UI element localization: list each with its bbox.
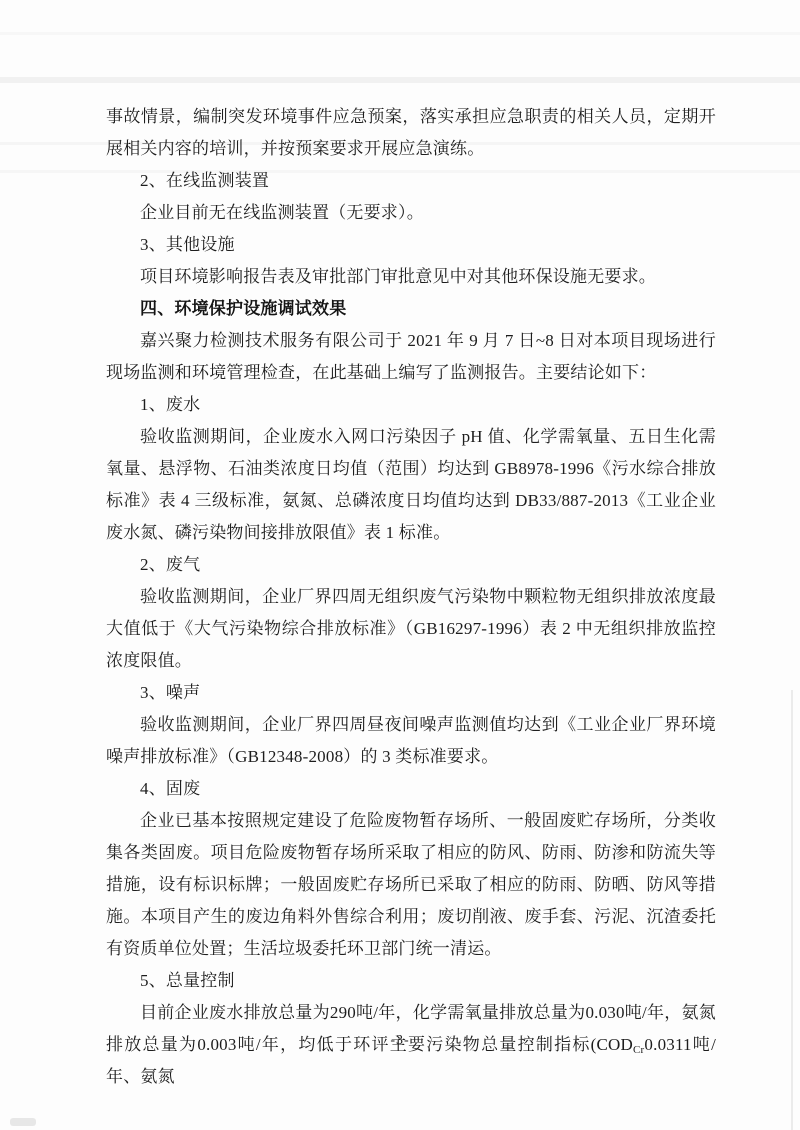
heading-noise: 3、噪声 <box>106 677 716 709</box>
heading-wastewater: 1、废水 <box>106 389 716 421</box>
paragraph-other-facilities: 项目环境影响报告表及审批部门审批意见中对其他环保设施无要求。 <box>106 261 716 293</box>
paragraph-waste-gas: 验收监测期间，企业厂界四周无组织废气污染物中颗粒物无组织排放浓度最大值低于《大气… <box>106 581 716 677</box>
document-page: 事故情景，编制突发环境事件应急预案，落实承担应急职责的相关人员，定期开展相关内容… <box>0 0 800 1130</box>
paragraph-noise: 验收监测期间，企业厂界四周昼夜间噪声监测值均达到《工业企业厂界环境噪声排放标准》… <box>106 709 716 773</box>
heading-other-facilities: 3、其他设施 <box>106 229 716 261</box>
scan-streak <box>0 32 800 35</box>
heading-section4-commissioning-effect: 四、环境保护设施调试效果 <box>106 293 716 325</box>
scan-fold-line <box>791 690 793 1130</box>
paragraph-online-monitoring: 企业目前无在线监测装置（无要求）。 <box>106 197 716 229</box>
scan-smudge <box>10 1118 36 1126</box>
heading-waste-gas: 2、废气 <box>106 549 716 581</box>
heading-solid-waste: 4、固废 <box>106 773 716 805</box>
body-text: 事故情景，编制突发环境事件应急预案，落实承担应急职责的相关人员，定期开展相关内容… <box>106 101 716 1093</box>
scan-streak <box>0 77 800 83</box>
heading-online-monitoring: 2、在线监测装置 <box>106 165 716 197</box>
paragraph-solid-waste: 企业已基本按照规定建设了危险废物暂存场所、一般固废贮存场所，分类收集各类固废。项… <box>106 805 716 965</box>
heading-total-quantity-control: 5、总量控制 <box>106 965 716 997</box>
page-number: -3- <box>0 1030 800 1052</box>
paragraph-monitoring-overview: 嘉兴聚力检测技术服务有限公司于 2021 年 9 月 7 日~8 日对本项目现场… <box>106 325 716 389</box>
paragraph-wastewater: 验收监测期间，企业废水入网口污染因子 pH 值、化学需氧量、五日生化需氧量、悬浮… <box>106 421 716 549</box>
paragraph-emergency-plan-continuation: 事故情景，编制突发环境事件应急预案，落实承担应急职责的相关人员，定期开展相关内容… <box>106 101 716 165</box>
